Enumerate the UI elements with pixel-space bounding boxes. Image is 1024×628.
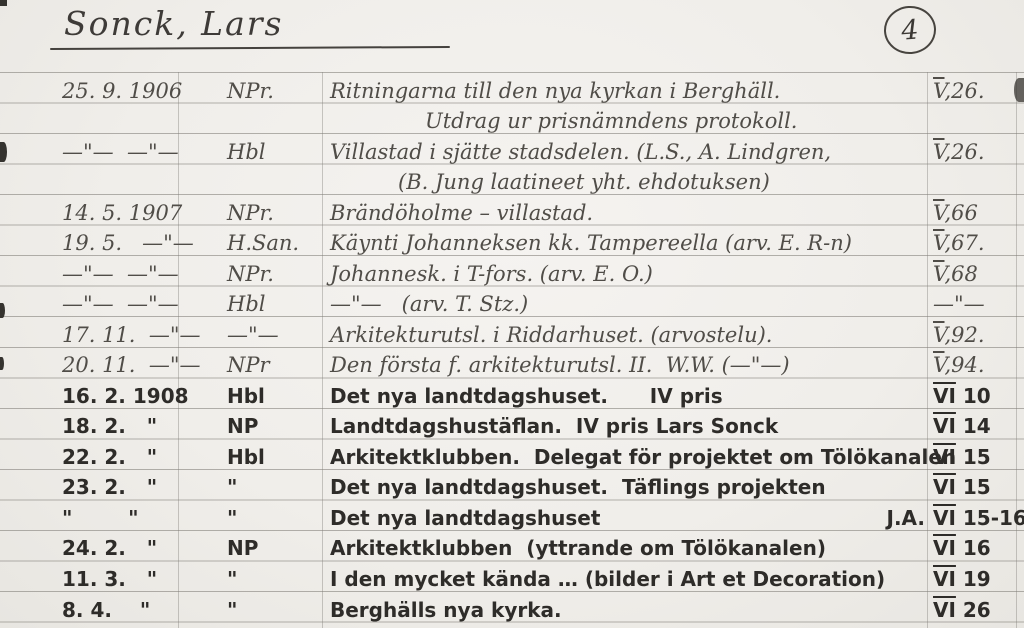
- entry-page: 14: [956, 414, 991, 438]
- entry-description: Landtdagshustäflan. IV pris Lars Sonck: [330, 414, 930, 438]
- entry-date: 23. 2. ": [62, 475, 224, 499]
- entry-page: 15-16: [956, 506, 1024, 530]
- entry-date: 8. 4. ": [62, 598, 224, 622]
- entry-reference: V,92.: [933, 323, 1023, 347]
- scan-artifact: [0, 303, 5, 318]
- ledger-row: —"— —"— NPr. Johannesk. i T-fors. (arv. …: [0, 256, 1024, 286]
- entry-description: Berghälls nya kyrka.: [330, 598, 930, 622]
- entry-description: Ritningarna till den nya kyrkan i Berghä…: [330, 79, 930, 103]
- entry-volume: VI: [933, 445, 956, 469]
- entry-page: ,92.: [945, 323, 985, 347]
- entry-description: I den mycket kända … (bilder i Art et De…: [330, 567, 930, 591]
- entry-source: ": [227, 567, 327, 591]
- entry-reference: VI 15: [933, 475, 1023, 499]
- entry-page: —"—: [933, 292, 985, 316]
- scan-artifact: [1014, 78, 1024, 102]
- entry-reference: VI 26: [933, 598, 1023, 622]
- entry-description: Arkitektklubben. Delegat för projektet o…: [330, 445, 930, 469]
- entry-description: Det nya landtdagshuset. Täflings projekt…: [330, 475, 930, 499]
- entry-source: Hbl: [227, 140, 327, 164]
- entry-source: Hbl: [227, 445, 327, 469]
- entry-description: Det nya landtdagshuset. IV pris: [330, 384, 930, 408]
- entry-volume: V: [933, 201, 945, 225]
- entry-source: H.San.: [227, 231, 327, 255]
- entry-reference: VI 15: [933, 445, 1023, 469]
- entry-date: 11. 3. ": [62, 567, 224, 591]
- entry-volume: V: [933, 353, 945, 377]
- entry-reference: VI 19: [933, 567, 1023, 591]
- title-underline: [50, 46, 450, 50]
- entry-volume: VI: [933, 506, 956, 530]
- entry-date: —"— —"—: [62, 140, 224, 164]
- entry-page: ,26.: [945, 79, 985, 103]
- entry-reference: VI 16: [933, 536, 1023, 560]
- ledger-row: 24. 2. " NP Arkitektklubben (yttrande om…: [0, 530, 1024, 560]
- entry-volume: VI: [933, 567, 956, 591]
- entry-source: Hbl: [227, 384, 327, 408]
- entry-description: Arkitekturutsl. i Riddarhuset. (arvostel…: [330, 323, 930, 347]
- entry-page: 15: [956, 475, 991, 499]
- entry-reference: VI 14: [933, 414, 1023, 438]
- scan-artifact: [0, 357, 4, 370]
- entry-source: NP: [227, 414, 327, 438]
- ledger-row: " " " Det nya landtdagshuset J.A. VI 15-…: [0, 500, 1024, 530]
- entry-page: 10: [956, 384, 991, 408]
- entry-volume: V: [933, 140, 945, 164]
- entry-reference: —"—: [933, 292, 1023, 316]
- ledger-row: Utdrag ur prisnämndens protokoll.: [0, 103, 1024, 133]
- entry-description: Det nya landtdagshuset: [330, 506, 930, 530]
- entry-source: ": [227, 598, 327, 622]
- scan-artifact: [0, 0, 7, 6]
- entry-page: 16: [956, 536, 991, 560]
- entry-reference: V,68: [933, 262, 1023, 286]
- entry-source: NP: [227, 536, 327, 560]
- index-card: Sonck, Lars 4 25. 9. 1906 NPr. Ritningar…: [0, 0, 1024, 628]
- ledger-row: 19. 5. —"— H.San. Käynti Johanneksen kk.…: [0, 225, 1024, 255]
- ledger-row: 11. 3. " " I den mycket kända … (bilder …: [0, 561, 1024, 591]
- page-number: 4: [900, 14, 919, 46]
- entry-reference: VI 15-16: [933, 506, 1023, 530]
- entry-description: Brändöholme – villastad.: [330, 201, 930, 225]
- entry-page: ,94.: [945, 353, 985, 377]
- entry-date: " ": [62, 506, 224, 530]
- entry-page: ,26.: [945, 140, 985, 164]
- ledger-row: 25. 9. 1906 NPr. Ritningarna till den ny…: [0, 73, 1024, 103]
- entry-date: 20. 11. —"—: [62, 353, 224, 377]
- scan-artifact: [0, 142, 7, 162]
- entry-reference: V,67.: [933, 231, 1023, 255]
- ledger-row: 14. 5. 1907 NPr. Brändöholme – villastad…: [0, 195, 1024, 225]
- entry-source: NPr: [227, 353, 327, 377]
- entry-date: 18. 2. ": [62, 414, 224, 438]
- entry-volume: V: [933, 323, 945, 347]
- entry-reference: V,94.: [933, 353, 1023, 377]
- entry-reference: V,26.: [933, 79, 1023, 103]
- entry-page: 26: [956, 598, 991, 622]
- ledger-row: 17. 11. —"— —"— Arkitekturutsl. i Riddar…: [0, 317, 1024, 347]
- ledger-row: 18. 2. " NP Landtdagshustäflan. IV pris …: [0, 408, 1024, 438]
- entry-source: NPr.: [227, 201, 327, 225]
- ledger-row: (B. Jung laatineet yht. ehdotuksen): [0, 164, 1024, 194]
- entry-source: NPr.: [227, 79, 327, 103]
- entry-description: Den första f. arkitekturutsl. II. W.W. (…: [330, 353, 930, 377]
- entry-date: 25. 9. 1906: [62, 79, 224, 103]
- entry-source: NPr.: [227, 262, 327, 286]
- entry-description: Johannesk. i T-fors. (arv. E. O.): [330, 262, 930, 286]
- entry-description: Villastad i sjätte stadsdelen. (L.S., A.…: [330, 140, 930, 164]
- entry-source: —"—: [227, 323, 327, 347]
- entry-date: 19. 5. —"—: [62, 231, 224, 255]
- entry-volume: VI: [933, 475, 956, 499]
- entry-page: 15: [956, 445, 991, 469]
- entry-volume: VI: [933, 598, 956, 622]
- entry-date: 16. 2. 1908: [62, 384, 224, 408]
- entry-source: Hbl: [227, 292, 327, 316]
- entry-source: ": [227, 506, 327, 530]
- entry-date: 14. 5. 1907: [62, 201, 224, 225]
- entry-description: Arkitektklubben (yttrande om Tölökanalen…: [330, 536, 930, 560]
- entry-page: ,66: [945, 201, 978, 225]
- entry-volume: V: [933, 79, 945, 103]
- entry-date: —"— —"—: [62, 262, 224, 286]
- entry-reference: VI 10: [933, 384, 1023, 408]
- ledger-row: 20. 11. —"— NPr Den första f. arkitektur…: [0, 347, 1024, 377]
- page-number-badge: 4: [882, 4, 937, 56]
- entry-reference: V,26.: [933, 140, 1023, 164]
- ledger-row: 23. 2. " " Det nya landtdagshuset. Täfli…: [0, 469, 1024, 499]
- entry-reference: V,66: [933, 201, 1023, 225]
- entry-volume: V: [933, 231, 945, 255]
- page-title: Sonck, Lars: [64, 4, 283, 43]
- entry-page: 19: [956, 567, 991, 591]
- entry-volume: V: [933, 262, 945, 286]
- entry-date: 24. 2. ": [62, 536, 224, 560]
- entry-page: ,67.: [945, 231, 985, 255]
- ledger-row: 16. 2. 1908 Hbl Det nya landtdagshuset. …: [0, 378, 1024, 408]
- entry-volume: VI: [933, 384, 956, 408]
- ledger-row: 8. 4. " " Berghälls nya kyrka. VI 26: [0, 592, 1024, 622]
- entry-source: ": [227, 475, 327, 499]
- ledger-row: 22. 2. " Hbl Arkitektklubben. Delegat fö…: [0, 439, 1024, 469]
- ledger-row: —"— —"— Hbl —"— (arv. T. Stz.) —"—: [0, 286, 1024, 316]
- entry-description: —"— (arv. T. Stz.): [330, 292, 930, 316]
- entry-date: 17. 11. —"—: [62, 323, 224, 347]
- entry-description: Utdrag ur prisnämndens protokoll.: [425, 109, 1024, 133]
- entry-volume: VI: [933, 536, 956, 560]
- ledger-row: —"— —"— Hbl Villastad i sjätte stadsdele…: [0, 134, 1024, 164]
- entry-page: ,68: [945, 262, 978, 286]
- entry-description: (B. Jung laatineet yht. ehdotuksen): [398, 170, 998, 194]
- entry-date: 22. 2. ": [62, 445, 224, 469]
- entry-volume: VI: [933, 414, 956, 438]
- entry-description: Käynti Johanneksen kk. Tampereella (arv.…: [330, 231, 930, 255]
- entry-note: J.A.: [855, 506, 925, 530]
- entry-date: —"— —"—: [62, 292, 224, 316]
